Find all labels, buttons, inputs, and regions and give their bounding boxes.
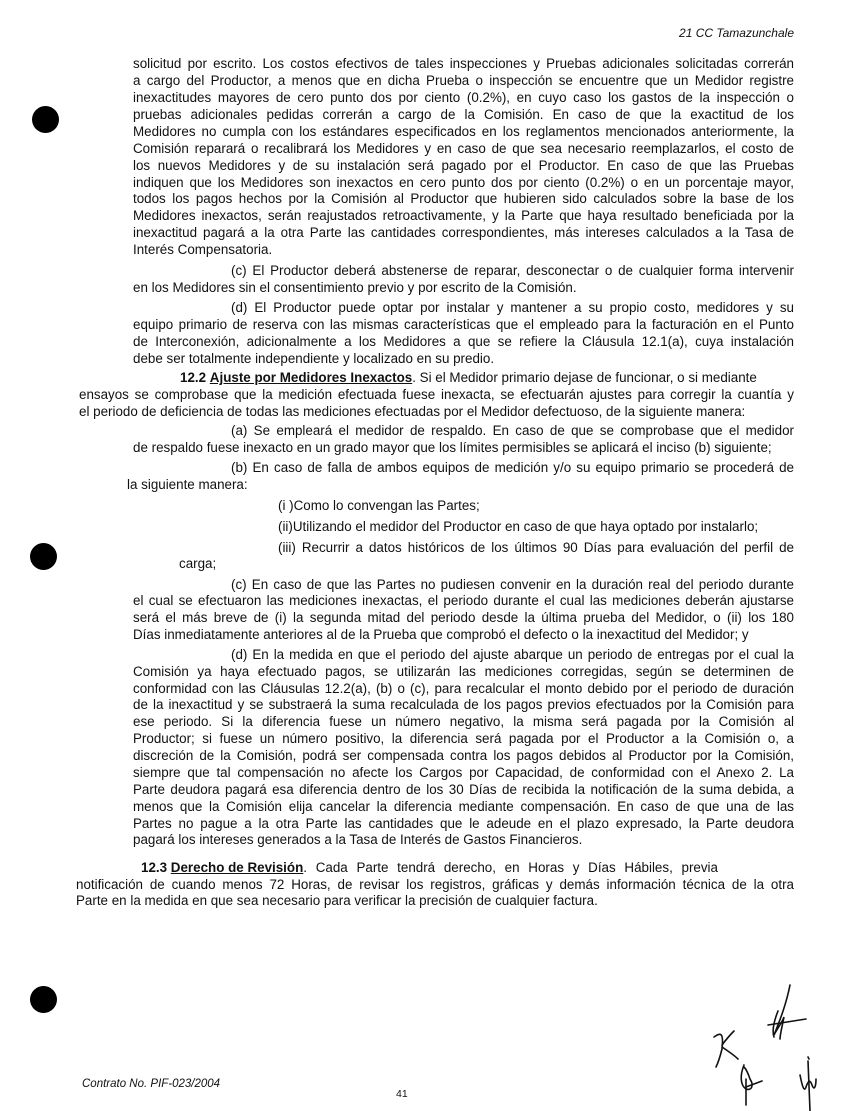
text-line: los nuevos Medidores y de su instalación…	[133, 158, 794, 174]
text-line: (d) En la medida en que el periodo del a…	[231, 647, 794, 663]
text-line: pagará los intereses generados a la Tasa…	[133, 832, 582, 848]
text-line: inexactitudes mayores de cero punto dos …	[133, 90, 794, 106]
document-page: 21 CC Tamazunchale solicitud por escrito…	[0, 0, 850, 1111]
text-line: carga;	[179, 556, 216, 572]
text-line: el cual se efectuaron las mediciones ine…	[133, 593, 794, 609]
section-number: 12.3	[141, 860, 167, 875]
section-number: 12.2	[180, 370, 206, 385]
list-item: (iii) Recurrir a datos históricos de los…	[278, 540, 794, 556]
text-line: ensayos se comprobase que la medición ef…	[79, 387, 794, 403]
page-number: 41	[396, 1086, 408, 1102]
text-line: discreción de la Comisión, podrá ser com…	[133, 748, 794, 764]
text-line: (d) El Productor puede optar por instala…	[231, 300, 794, 316]
text-line: menos que la Comisión elija cancelar la …	[133, 799, 794, 815]
text-line: de la inexactitud y se substraerá la sum…	[133, 697, 794, 713]
text-line: el periodo de deficiencia de todas las m…	[79, 404, 745, 420]
section-heading-line: 12.3 Derecho de Revisión. Cada Parte ten…	[141, 860, 794, 876]
text-line: Días inmediatamente anteriores al de la …	[133, 627, 749, 643]
text-line: (a) Se empleará el medidor de respaldo. …	[231, 423, 794, 439]
section-first-line: . Si el Medidor primario dejase de funci…	[412, 370, 757, 385]
text-line: indiquen que los Medidores son inexactos…	[133, 175, 794, 191]
section-first-line: . Cada Parte tendrá derecho, en Horas y …	[303, 860, 718, 875]
text-line: Comisión ya haya efectuado pagos, se uti…	[133, 664, 794, 680]
text-line: debe ser totalmente independiente y loca…	[133, 351, 494, 367]
hole-punch-bottom	[30, 986, 57, 1013]
contract-number: Contrato No. PIF-023/2004	[82, 1078, 220, 1090]
text-line: (c) El Productor deberá abstenerse de re…	[231, 263, 794, 279]
text-line: en los Medidores sin el consentimiento p…	[133, 280, 577, 296]
text-line: siempre que tal compensación no afecte l…	[133, 765, 794, 781]
text-line: (b) En caso de falla de ambos equipos de…	[231, 460, 794, 476]
list-item: (i )Como lo convengan las Partes;	[278, 498, 480, 514]
text-line: Parte en la medida en que sea necesario …	[76, 893, 598, 909]
text-line: notificación de cuando menos 72 Horas, d…	[76, 877, 794, 893]
hole-punch-middle	[30, 543, 57, 570]
text-line: solicitud por escrito. Los costos efecti…	[133, 56, 794, 72]
text-line: Medidores inexactos, serán reajustados r…	[133, 208, 794, 224]
text-line: equipo primario de reserva con las misma…	[133, 317, 794, 333]
text-line: será el más breve de (i) la segunda mita…	[133, 610, 794, 626]
text-line: inexactitud pagará a la otra Parte las c…	[133, 225, 794, 241]
signature-initials-icon	[700, 975, 850, 1111]
text-line: Partes no pague a la otra Parte las cant…	[133, 816, 794, 832]
text-line: todos los pagos hechos por la Comisión a…	[133, 191, 794, 207]
text-line: (c) En caso de que las Partes no pudiese…	[231, 577, 794, 593]
text-line: pruebas adicionales pedidas correrán a c…	[133, 107, 794, 123]
text-line: Interés Compensatoria.	[133, 242, 272, 258]
text-line: Productor; si fuese un número positivo, …	[133, 731, 794, 747]
section-heading-line: 12.2 Ajuste por Medidores Inexactos. Si …	[180, 370, 794, 386]
text-line: Parte deudora pagará esa diferencia dent…	[133, 782, 794, 798]
section-title: Ajuste por Medidores Inexactos	[210, 370, 412, 385]
section-title: Derecho de Revisión	[171, 860, 303, 875]
list-item: (ii)Utilizando el medidor del Productor …	[278, 519, 758, 535]
hole-punch-top	[32, 106, 59, 133]
text-line: de Interconexión, adicionalmente a los M…	[133, 334, 794, 350]
text-line: de respaldo fuese inexacto en un grado m…	[133, 440, 772, 456]
text-line: Medidores no cumpla con los estándares e…	[133, 124, 794, 140]
text-line: conformidad con las Cláusulas 12.2(a), (…	[133, 681, 794, 697]
text-line: Comisión reparará o recalibrará los Medi…	[133, 141, 794, 157]
text-line: ese periodo. Si la diferencia fuese un n…	[133, 714, 794, 730]
text-line: la siguiente manera:	[127, 477, 248, 493]
page-header: 21 CC Tamazunchale	[679, 26, 794, 40]
text-line: a cargo del Productor, a menos que en di…	[133, 73, 794, 89]
